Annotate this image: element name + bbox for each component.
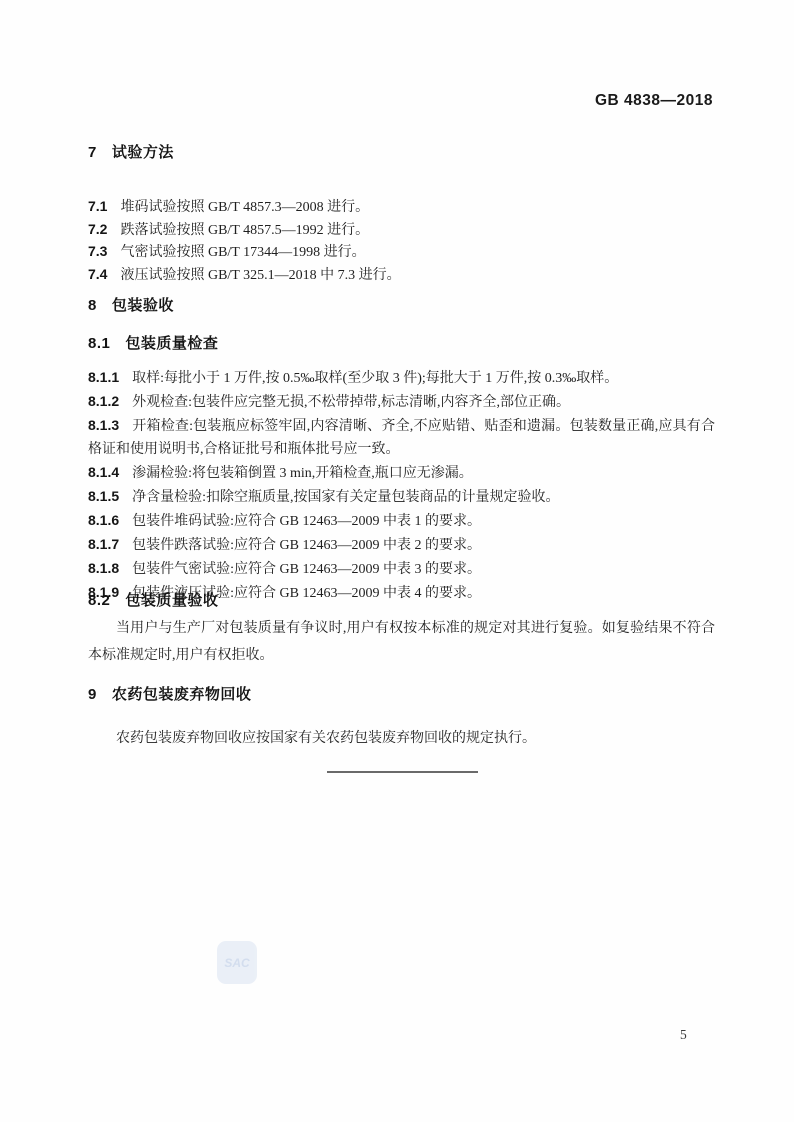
section-8-1-number: 8.1	[88, 335, 110, 352]
clause-text: 跌落试验按照 GB/T 4857.5—1992 进行。	[120, 223, 369, 238]
clause-text: 渗漏检验:将包装箱倒置 3 min,开箱检查,瓶口应无渗漏。	[132, 466, 473, 481]
section-8-heading: 8包装验收	[88, 294, 174, 315]
clause-number: 8.1.4	[88, 464, 119, 480]
section-9-title: 农药包装废弃物回收	[112, 686, 252, 703]
page-number: 5	[680, 1027, 687, 1043]
clause-7-1: 7.1堆码试验按照 GB/T 4857.3—2008 进行。	[88, 196, 715, 219]
section-9-heading: 9农药包装废弃物回收	[88, 683, 251, 704]
clause-7-2: 7.2跌落试验按照 GB/T 4857.5—1992 进行。	[88, 219, 715, 242]
clause-8-1-7: 8.1.7包装件跌落试验:应符合 GB 12463—2009 中表 2 的要求。	[88, 533, 715, 557]
clause-text: 气密试验按照 GB/T 17344—1998 进行。	[120, 245, 365, 260]
clause-8-1-8: 8.1.8包装件气密试验:应符合 GB 12463—2009 中表 3 的要求。	[88, 557, 715, 581]
clause-8-1-6: 8.1.6包装件堆码试验:应符合 GB 12463—2009 中表 1 的要求。	[88, 509, 715, 533]
clause-text: 液压试验按照 GB/T 325.1—2018 中 7.3 进行。	[120, 268, 400, 283]
clause-text: 包装件堆码试验:应符合 GB 12463—2009 中表 1 的要求。	[132, 514, 481, 529]
end-of-text-rule	[327, 771, 478, 773]
section-7-title: 试验方法	[112, 144, 174, 161]
clause-text: 开箱检查:包装瓶应标签牢固,内容清晰、齐全,不应贴错、贴歪和遗漏。包装数量正确,…	[88, 419, 715, 457]
section-8-title: 包装验收	[112, 297, 174, 314]
section-8-1-heading: 8.1包装质量检查	[88, 332, 218, 353]
clause-8-1-3: 8.1.3开箱检查:包装瓶应标签牢固,内容清晰、齐全,不应贴错、贴歪和遗漏。包装…	[88, 414, 715, 461]
clause-number: 8.1.7	[88, 536, 119, 552]
header-standard-code: GB 4838—2018	[595, 92, 713, 110]
document-page: GB 4838—2018 7试验方法 7.1堆码试验按照 GB/T 4857.3…	[0, 0, 794, 1122]
clause-text: 外观检查:包装件应完整无损,不松带掉带,标志清晰,内容齐全,部位正确。	[132, 395, 570, 410]
clause-text: 堆码试验按照 GB/T 4857.3—2008 进行。	[120, 200, 369, 215]
section-8-2-title: 包装质量验收	[125, 592, 218, 609]
section-8-2-heading: 8.2包装质量验收	[88, 589, 218, 610]
clause-8-1-2: 8.1.2外观检查:包装件应完整无损,不松带掉带,标志清晰,内容齐全,部位正确。	[88, 390, 715, 414]
sac-watermark-logo: SAC	[217, 941, 257, 984]
section-7-clauses: 7.1堆码试验按照 GB/T 4857.3—2008 进行。 7.2跌落试验按照…	[88, 196, 715, 286]
clause-8-1-1: 8.1.1取样:每批小于 1 万件,按 0.5‰取样(至少取 3 件);每批大于…	[88, 366, 715, 390]
clause-number: 8.1.2	[88, 393, 119, 409]
clause-8-1-5: 8.1.5净含量检验:扣除空瓶质量,按国家有关定量包装商品的计量规定验收。	[88, 485, 715, 509]
clause-8-1-4: 8.1.4渗漏检验:将包装箱倒置 3 min,开箱检查,瓶口应无渗漏。	[88, 461, 715, 485]
clause-number: 8.1.1	[88, 369, 119, 385]
section-8-1-title: 包装质量检查	[125, 335, 218, 352]
clause-number: 8.1.6	[88, 512, 119, 528]
section-8-number: 8	[88, 297, 97, 314]
clause-text: 取样:每批小于 1 万件,按 0.5‰取样(至少取 3 件);每批大于 1 万件…	[132, 371, 618, 386]
section-7-number: 7	[88, 144, 97, 161]
clause-number: 7.4	[88, 266, 107, 282]
clause-7-3: 7.3气密试验按照 GB/T 17344—1998 进行。	[88, 241, 715, 264]
clause-7-4: 7.4液压试验按照 GB/T 325.1—2018 中 7.3 进行。	[88, 264, 715, 287]
section-8-2-paragraph: 当用户与生产厂对包装质量有争议时,用户有权按本标准的规定对其进行复验。如复验结果…	[88, 616, 715, 669]
section-9-number: 9	[88, 686, 97, 703]
clause-number: 8.1.8	[88, 560, 119, 576]
clause-number: 7.2	[88, 221, 107, 237]
clause-text: 包装件跌落试验:应符合 GB 12463—2009 中表 2 的要求。	[132, 538, 481, 553]
clause-number: 7.3	[88, 243, 107, 259]
clause-text: 净含量检验:扣除空瓶质量,按国家有关定量包装商品的计量规定验收。	[132, 490, 559, 505]
section-9-paragraph: 农药包装废弃物回收应按国家有关农药包装废弃物回收的规定执行。	[88, 726, 715, 753]
section-8-2-number: 8.2	[88, 592, 110, 609]
clause-number: 7.1	[88, 198, 107, 214]
clause-number: 8.1.5	[88, 488, 119, 504]
section-7-heading: 7试验方法	[88, 141, 174, 162]
clause-text: 包装件气密试验:应符合 GB 12463—2009 中表 3 的要求。	[132, 562, 481, 577]
section-8-1-clauses: 8.1.1取样:每批小于 1 万件,按 0.5‰取样(至少取 3 件);每批大于…	[88, 366, 715, 605]
clause-number: 8.1.3	[88, 417, 119, 433]
